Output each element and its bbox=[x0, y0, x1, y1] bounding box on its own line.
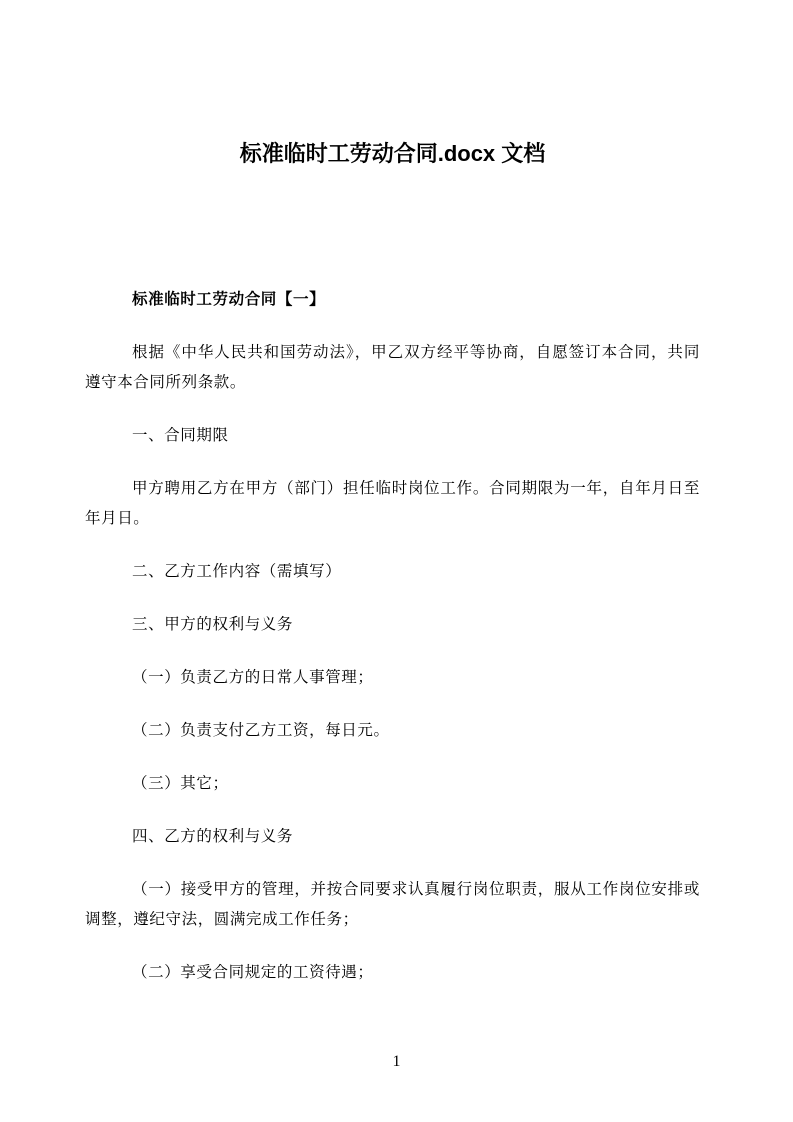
contract-paragraph: （三）其它； bbox=[85, 769, 700, 799]
contract-paragraph: 三、甲方的权利与义务 bbox=[85, 610, 700, 640]
contract-paragraph: 二、乙方工作内容（需填写） bbox=[85, 557, 700, 587]
contract-paragraph: （一）接受甲方的管理，并按合同要求认真履行岗位职责，服从工作岗位安排或调整，遵纪… bbox=[85, 875, 700, 935]
contract-paragraph: （一）负责乙方的日常人事管理； bbox=[85, 663, 700, 693]
page-number: 1 bbox=[0, 1050, 793, 1074]
contract-paragraph: （二）负责支付乙方工资，每日元。 bbox=[85, 716, 700, 746]
contract-paragraph: （二）享受合同规定的工资待遇； bbox=[85, 958, 700, 988]
document-content: 标准临时工劳动合同.docx 文档 标准临时工劳动合同【一】根据《中华人民共和国… bbox=[85, 0, 700, 1011]
contract-paragraph: 一、合同期限 bbox=[85, 421, 700, 451]
contract-paragraph: 四、乙方的权利与义务 bbox=[85, 822, 700, 852]
contract-paragraph: 根据《中华人民共和国劳动法》，甲乙双方经平等协商，自愿签订本合同，共同遵守本合同… bbox=[85, 338, 700, 398]
document-page: 标准临时工劳动合同.docx 文档 标准临时工劳动合同【一】根据《中华人民共和国… bbox=[0, 0, 793, 1122]
document-title: 标准临时工劳动合同.docx 文档 bbox=[85, 139, 700, 169]
contract-paragraph: 甲方聘用乙方在甲方（部门）担任临时岗位工作。合同期限为一年，自年月日至年月日。 bbox=[85, 474, 700, 534]
document-body: 标准临时工劳动合同【一】根据《中华人民共和国劳动法》，甲乙双方经平等协商，自愿签… bbox=[85, 285, 700, 988]
contract-heading: 标准临时工劳动合同【一】 bbox=[85, 285, 700, 315]
